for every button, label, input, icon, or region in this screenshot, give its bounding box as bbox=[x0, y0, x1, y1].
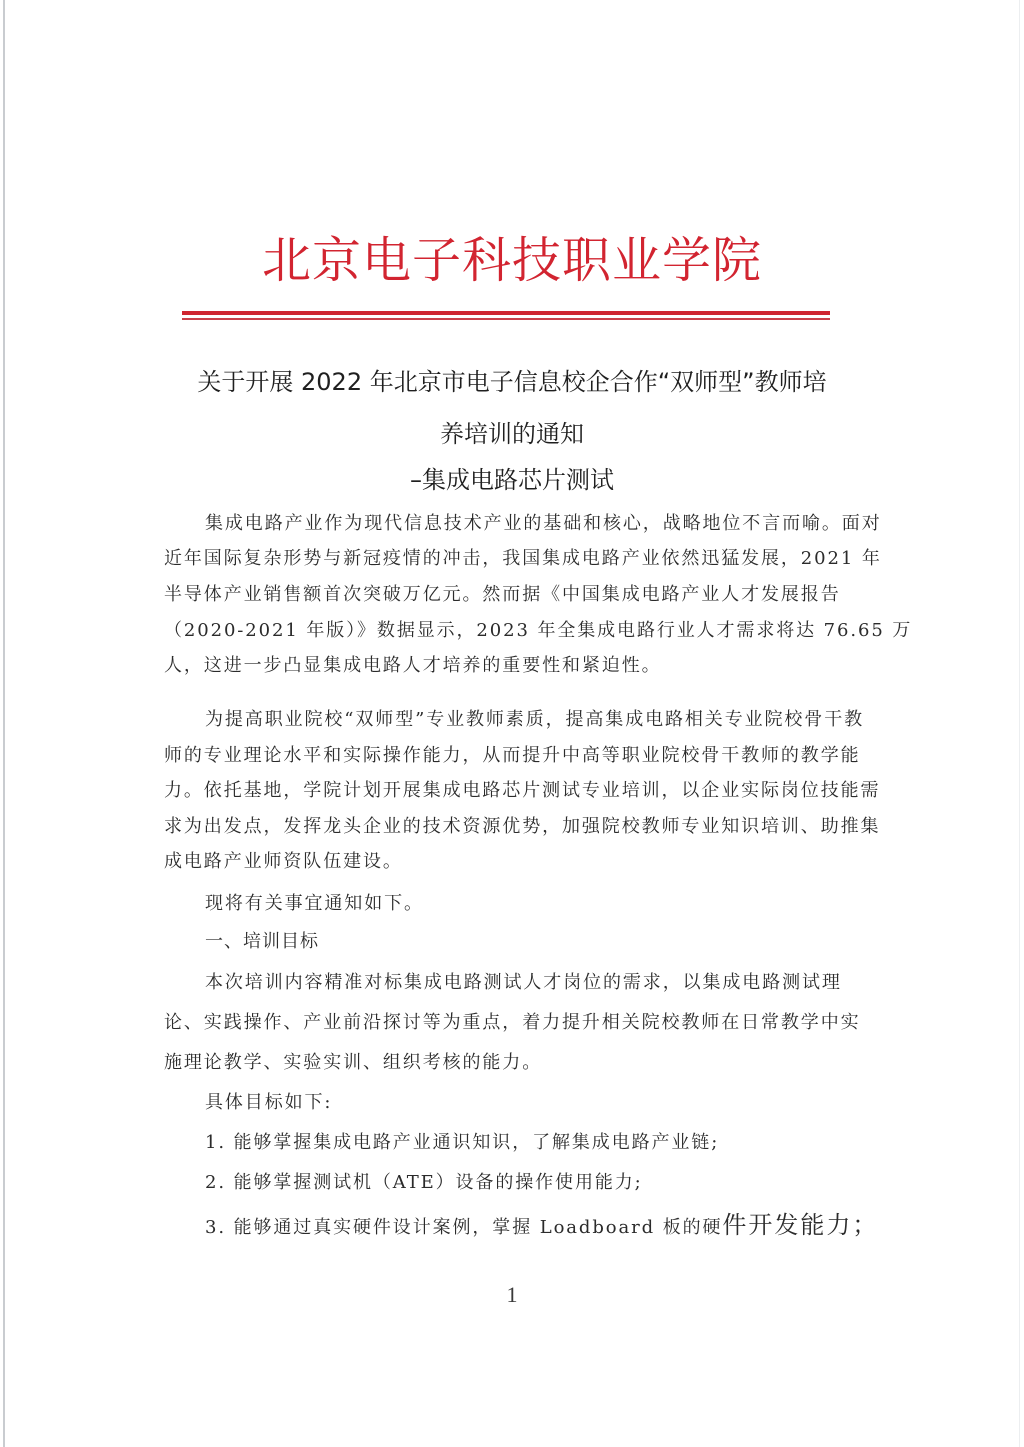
paragraph-1-line-4: （2020-2021 年版）》数据显示，2023 年全集成电路行业人才需求将达 … bbox=[164, 616, 864, 646]
page-number: 1 bbox=[0, 1282, 1024, 1308]
goal-item-3: 3. 能够通过真实硬件设计案例，掌握 Loadboard 板的硬件开发能力； bbox=[205, 1210, 905, 1243]
scan-edge-left bbox=[3, 0, 5, 1447]
paragraph-1-line-1: 集成电路产业作为现代信息技术产业的基础和核心，战略地位不言而喻。面对 bbox=[205, 509, 905, 539]
paragraph-4-line-3: 施理论教学、实验实训、组织考核的能力。 bbox=[164, 1048, 864, 1078]
paragraph-2-line-4: 求为出发点，发挥龙头企业的技术资源优势，加强院校教师专业知识培训、助推集 bbox=[164, 812, 864, 842]
paragraph-4-line-2: 论、实践操作、产业前沿探讨等为重点，着力提升相关院校教师在日常教学中实 bbox=[164, 1008, 864, 1038]
goal-item-3-prefix: 3. 能够通过真实硬件设计案例，掌握 Loadboard 板的硬 bbox=[205, 1217, 722, 1238]
paragraph-2-line-2: 师的专业理论水平和实际操作能力，从而提升中高等职业院校骨干教师的教学能 bbox=[164, 741, 864, 771]
paragraph-2-line-3: 力。依托基地，学院计划开展集成电路芯片测试专业培训，以企业实际岗位技能需 bbox=[164, 776, 864, 806]
paragraph-1-line-5: 人，这进一步凸显集成电路人才培养的重要性和紧迫性。 bbox=[164, 651, 864, 681]
goal-item-3-suffix: 件开发能力； bbox=[722, 1211, 878, 1239]
scan-edge-right bbox=[1019, 0, 1020, 1447]
document-title-line-1: 关于开展 2022 年北京市电子信息校企合作“双师型”教师培 bbox=[0, 362, 1024, 402]
document-subtitle: –集成电路芯片测试 bbox=[0, 460, 1024, 500]
letterhead-institution-name: 北京电子科技职业学院 bbox=[0, 226, 1024, 296]
goal-item-1: 1. 能够掌握集成电路产业通识知识，了解集成电路产业链; bbox=[205, 1128, 905, 1158]
goal-item-2: 2. 能够掌握测试机（ATE）设备的操作使用能力; bbox=[205, 1168, 905, 1198]
paragraph-2-line-1: 为提高职业院校“双师型”专业教师素质，提高集成电路相关专业院校骨干教 bbox=[205, 705, 905, 735]
document-title-line-2: 养培训的通知 bbox=[0, 414, 1024, 454]
section-1-heading: 一、培训目标 bbox=[205, 927, 905, 957]
letterhead-rule-thin bbox=[182, 318, 830, 320]
paragraph-3: 现将有关事宜通知如下。 bbox=[205, 889, 905, 919]
goals-intro: 具体目标如下: bbox=[205, 1088, 905, 1118]
paragraph-1-line-3: 半导体产业销售额首次突破万亿元。然而据《中国集成电路产业人才发展报告 bbox=[164, 580, 864, 610]
paragraph-4-line-1: 本次培训内容精准对标集成电路测试人才岗位的需求，以集成电路测试理 bbox=[205, 968, 905, 998]
letterhead-rule-thick bbox=[182, 311, 830, 315]
paragraph-1-line-2: 近年国际复杂形势与新冠疫情的冲击，我国集成电路产业依然迅猛发展，2021 年 bbox=[164, 544, 864, 574]
paragraph-2-line-5: 成电路产业师资队伍建设。 bbox=[164, 847, 864, 877]
